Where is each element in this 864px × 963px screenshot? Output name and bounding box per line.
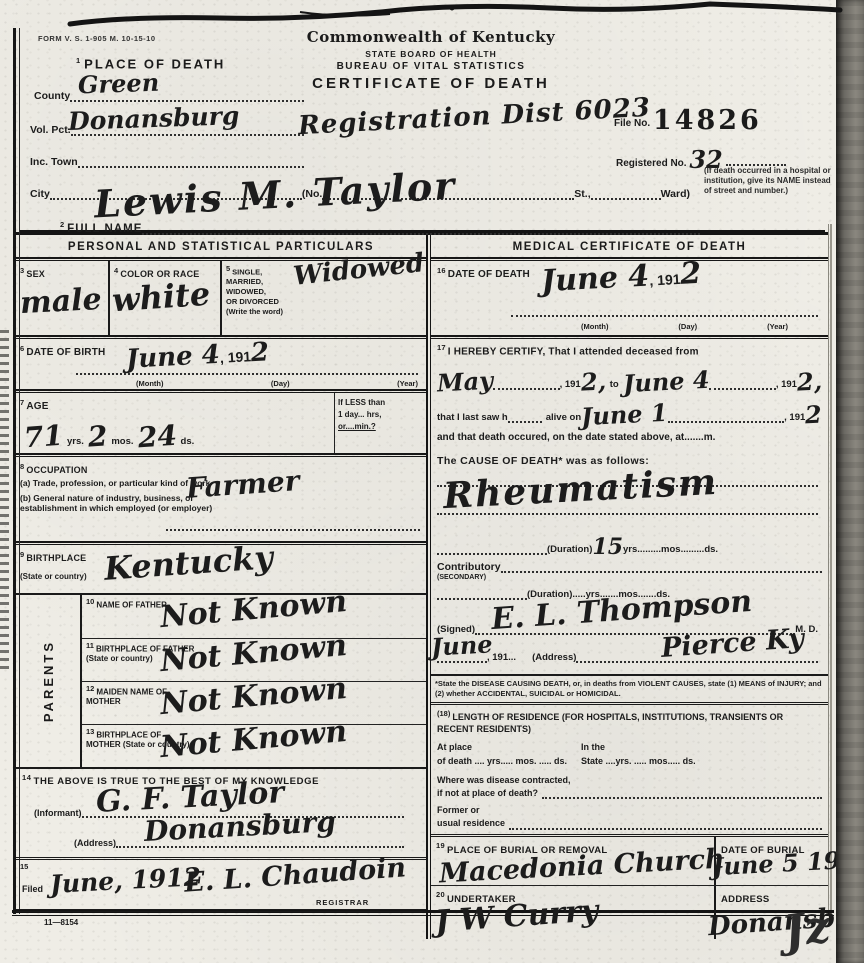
county-label: County (34, 90, 70, 102)
age-days-value: 24 (137, 422, 178, 453)
printed-year: , 191 (560, 379, 581, 390)
inc-town-line: Inc. Town (30, 156, 304, 168)
scan-right-edge (836, 0, 864, 963)
father-name-field: 10NAME OF FATHER Not Known (82, 595, 426, 638)
informant-address-label: (Address) (74, 838, 116, 848)
corner-handwriting-mark: Jz (781, 901, 833, 958)
former-residence: Former or usual residence (437, 804, 822, 829)
mother-name-label: MAIDEN NAME OF MOTHER (86, 688, 167, 707)
city-ward-label: Ward) (661, 188, 690, 200)
marital-label: MARRIED, (226, 277, 263, 286)
dob-label: DATE OF BIRTH (26, 347, 105, 358)
city-label: City (30, 188, 50, 200)
field-number: 5 (226, 264, 230, 273)
marital-label: WIDOWED, (226, 287, 266, 296)
certify-line1: I HEREBY CERTIFY, That I attended deceas… (448, 346, 699, 357)
mother-birthplace-field: 13BIRTHPLACE OF MOTHER (State or country… (82, 724, 426, 767)
informant-section: 14THE ABOVE IS TRUE TO THE BEST OF MY KN… (16, 767, 426, 857)
age-label: AGE (26, 401, 48, 412)
last-saw-year-digit: 2 (805, 403, 823, 428)
yrs-label: yrs. (67, 436, 84, 447)
field-number: 7 (20, 398, 24, 407)
sex-field: 3SEX male (16, 261, 108, 335)
to-label: to (610, 379, 619, 390)
vol-pct-value: Donansburg (68, 103, 240, 134)
physician-signature-section: E. L. Thompson (Signed) M. D. June Pierc… (431, 600, 828, 674)
print-code-bar: 11—8154 (16, 909, 426, 939)
hospital-note: (If death occurred in a hospital or inst… (704, 166, 832, 196)
field-number: 19 (436, 841, 445, 850)
field-number: 15 (20, 862, 28, 871)
last-saw-line: that I last saw h alive on June 1 , 191 … (437, 399, 822, 423)
registered-no-label: Registered No. (616, 158, 687, 169)
ds-label: ds. (181, 436, 195, 447)
field-number: 3 (20, 266, 24, 275)
personal-column: PERSONAL AND STATISTICAL PARTICULARS 3SE… (16, 235, 426, 939)
filed-label: Filed (22, 884, 43, 894)
field-number: 16 (437, 266, 446, 275)
field-number: 13 (86, 727, 94, 736)
scanned-death-certificate: Jz FORM V. S. 1-905 M. 10-15-10 1PLACE O… (0, 0, 864, 963)
birthplace-label: BIRTHPLACE (26, 553, 86, 563)
printed-year: , 191 (784, 412, 805, 423)
death-occured-line: and that death occured, on the date stat… (437, 432, 822, 443)
inc-town-label: Inc. Town (30, 156, 78, 168)
color-race-value: white (111, 278, 211, 317)
duration-line: (Duration) 15 yrs.........mos.........ds… (437, 533, 822, 555)
residence-in-state: In the State ....yrs. ..... mos..... ds. (581, 741, 696, 768)
birthplace-field: 9BIRTHPLACE (State or country) Kentucky (16, 545, 426, 593)
year-label: (Year) (767, 322, 788, 331)
printed-year: , 191... (487, 652, 516, 663)
informant-label: (Informant) (34, 808, 82, 818)
file-no-value: 14826 (653, 105, 762, 136)
cause-of-death-zone: Rheumatism (437, 467, 822, 533)
birthplace-value: Kentucky (103, 541, 274, 585)
filed-section: 15 Filed June, 1912 E. L. Chaudoin REGIS… (16, 857, 426, 909)
registration-district-value: Registration Dist 6023 (298, 95, 652, 139)
cause-of-death-value: Rheumatism (442, 464, 719, 514)
length-of-residence-section: (18)LENGTH OF RESIDENCE (FOR HOSPITALS, … (431, 705, 828, 834)
age-months-value: 2 (87, 422, 108, 451)
undertaker-address-label: ADDRESS (721, 894, 770, 905)
last-saw-value: June 1 (581, 401, 669, 429)
father-birthplace-sub: (State or country) (86, 654, 153, 663)
board-title: STATE BOARD OF HEALTH (266, 49, 596, 59)
city-st-label: St., (574, 188, 590, 200)
medical-column: MEDICAL CERTIFICATE OF DEATH 16DATE OF D… (431, 235, 828, 939)
field-number: (18) (437, 709, 450, 718)
sex-label: SEX (26, 269, 45, 279)
place-of-burial-field: 19PLACE OF BURIAL OR REMOVAL Macedonia C… (431, 837, 716, 885)
duration-label: (Duration) (547, 544, 592, 555)
last-saw-mid: alive on (546, 412, 581, 423)
field-number: 9 (20, 550, 24, 559)
age-field: 7AGE 71 yrs. 2 mos. 24 ds. If LESS than … (16, 393, 426, 453)
day-label: (Day) (678, 322, 697, 331)
bureau-title: BUREAU OF VITAL STATISTICS (266, 61, 596, 72)
birthplace-sub-label: (State or country) (20, 572, 87, 581)
vol-pct-label: Vol. Pct. (30, 124, 71, 136)
mother-birthplace-value: Not Known (159, 717, 348, 763)
duration-units: yrs.........mos.........ds. (623, 544, 718, 555)
field-number: 17 (437, 343, 446, 352)
mother-name-field: 12MAIDEN NAME OF MOTHER Not Known (82, 681, 426, 724)
parents-sidebar: PARENTS (16, 595, 82, 767)
field-number: 10 (86, 597, 94, 606)
registrar-signature: E. L. Chaudoin (183, 854, 407, 896)
father-birthplace-value: Not Known (159, 631, 348, 677)
month-label: (Month) (136, 379, 163, 388)
field-number: 1 (76, 56, 82, 65)
attended-from-value: May (436, 369, 493, 396)
registrar-label: REGISTRAR (316, 898, 369, 907)
field-number: 12 (86, 684, 94, 693)
attended-to-value: June 4 (622, 368, 710, 396)
dod-label: DATE OF DEATH (448, 269, 530, 280)
field-number: 4 (114, 266, 118, 275)
residence-title: LENGTH OF RESIDENCE (FOR HOSPITALS, INST… (437, 712, 783, 734)
year-label: (Year) (397, 379, 418, 388)
certificate-title: CERTIFICATE OF DEATH (266, 75, 596, 92)
form-header: FORM V. S. 1-905 M. 10-15-10 1PLACE OF D… (16, 24, 828, 232)
field-number: 8 (20, 462, 24, 471)
masthead: Commonwealth of Kentucky STATE BOARD OF … (266, 28, 596, 92)
sex-value: male (19, 285, 102, 319)
print-code: 11—8154 (44, 918, 78, 927)
marital-label: SINGLE, (232, 268, 262, 277)
certification-section: 17I HEREBY CERTIFY, That I attended dece… (431, 339, 828, 555)
dod-value: June 4, 1912 (540, 259, 702, 297)
form-number: FORM V. S. 1-905 M. 10-15-10 (38, 34, 156, 43)
form-body: PERSONAL AND STATISTICAL PARTICULARS 3SE… (16, 232, 828, 939)
secondary-label: (SECONDARY) (437, 574, 822, 581)
marital-sub-label: (Write the word) (226, 307, 283, 316)
date-of-burial-field: DATE OF BURIAL June 5 1912 (716, 837, 828, 885)
field-number: 11 (86, 641, 94, 650)
filed-date-value: June, 1912 (49, 864, 201, 897)
scan-top-edge-mark (0, 0, 864, 34)
day-label: (Day) (271, 379, 290, 388)
disease-contracted: Where was disease contracted, if not at … (437, 774, 822, 799)
field-number: 14 (22, 773, 32, 782)
residence-at-place: At place of death .... yrs..... mos. ...… (437, 741, 567, 768)
medical-title: MEDICAL CERTIFICATE OF DEATH (431, 235, 828, 257)
father-name-label: NAME OF FATHER (96, 601, 167, 610)
clipped-margin-text (0, 330, 9, 670)
undertaker-row: 20UNDERTAKER J W Curry ADDRESS Donansbur… (431, 885, 828, 939)
undertaker-field: 20UNDERTAKER J W Curry (431, 886, 716, 939)
to-year-digit: 2, (796, 370, 822, 395)
date-of-death-field: 16DATE OF DEATH June 4, 1912 (Month) (Da… (431, 261, 828, 335)
month-label: (Month) (581, 322, 608, 331)
age-years-value: 71 (23, 422, 64, 453)
less-than-one-day-note: If LESS than 1 day... hrs, or....min.? (334, 393, 426, 453)
mos-label: mos. (111, 436, 133, 447)
attended-from-line: May , 191 2, to June 4 , 191 2, (437, 366, 822, 390)
parents-section: PARENTS 10NAME OF FATHER Not Known 11BIR… (16, 593, 426, 767)
full-name-value: Lewis M. Taylor (93, 167, 457, 224)
burial-row: 19PLACE OF BURIAL OR REMOVAL Macedonia C… (431, 834, 828, 885)
field-number: 20 (436, 890, 445, 899)
physician-address-label: (Address) (532, 652, 576, 663)
occupation-label: OCCUPATION (26, 465, 87, 475)
occupation-value: Farmer (185, 467, 300, 503)
county-value: Green (78, 71, 160, 98)
field-number: 6 (20, 344, 24, 353)
mother-name-value: Not Known (159, 674, 348, 720)
marital-label: OR DIVORCED (226, 297, 279, 306)
father-birthplace-field: 11BIRTHPLACE OF FATHER (State or country… (82, 638, 426, 681)
contributory-label: Contributory (437, 561, 501, 573)
county-line: County (34, 90, 304, 102)
undertaker-value: J W Curry (434, 896, 599, 937)
color-race-field: 4COLOR OR RACE white (108, 261, 220, 335)
form-right-border (828, 224, 832, 914)
certificate-form: FORM V. S. 1-905 M. 10-15-10 1PLACE OF D… (16, 24, 828, 910)
marital-field: 5SINGLE, MARRIED, WIDOWED, OR DIVORCED (… (220, 261, 426, 335)
parents-label: PARENTS (41, 640, 56, 722)
occupation-field: 8OCCUPATION (a) Trade, profession, or pa… (16, 457, 426, 541)
printed-year: , 191 (776, 379, 797, 390)
date-of-birth-field: 6DATE OF BIRTH June 4, 1912 (Month) (Day… (16, 339, 426, 389)
sex-color-marital-row: 3SEX male 4COLOR OR RACE white 5SINGLE, … (16, 261, 426, 335)
cause-footnote: *State the DISEASE CAUSING DEATH, or, in… (431, 674, 828, 705)
last-saw-pre: that I last saw h (437, 412, 508, 423)
from-year-digit: 2, (580, 370, 606, 395)
father-name-value: Not Known (159, 587, 348, 633)
duration-years-value: 15 (592, 536, 623, 558)
field-number: 2 (60, 220, 65, 229)
